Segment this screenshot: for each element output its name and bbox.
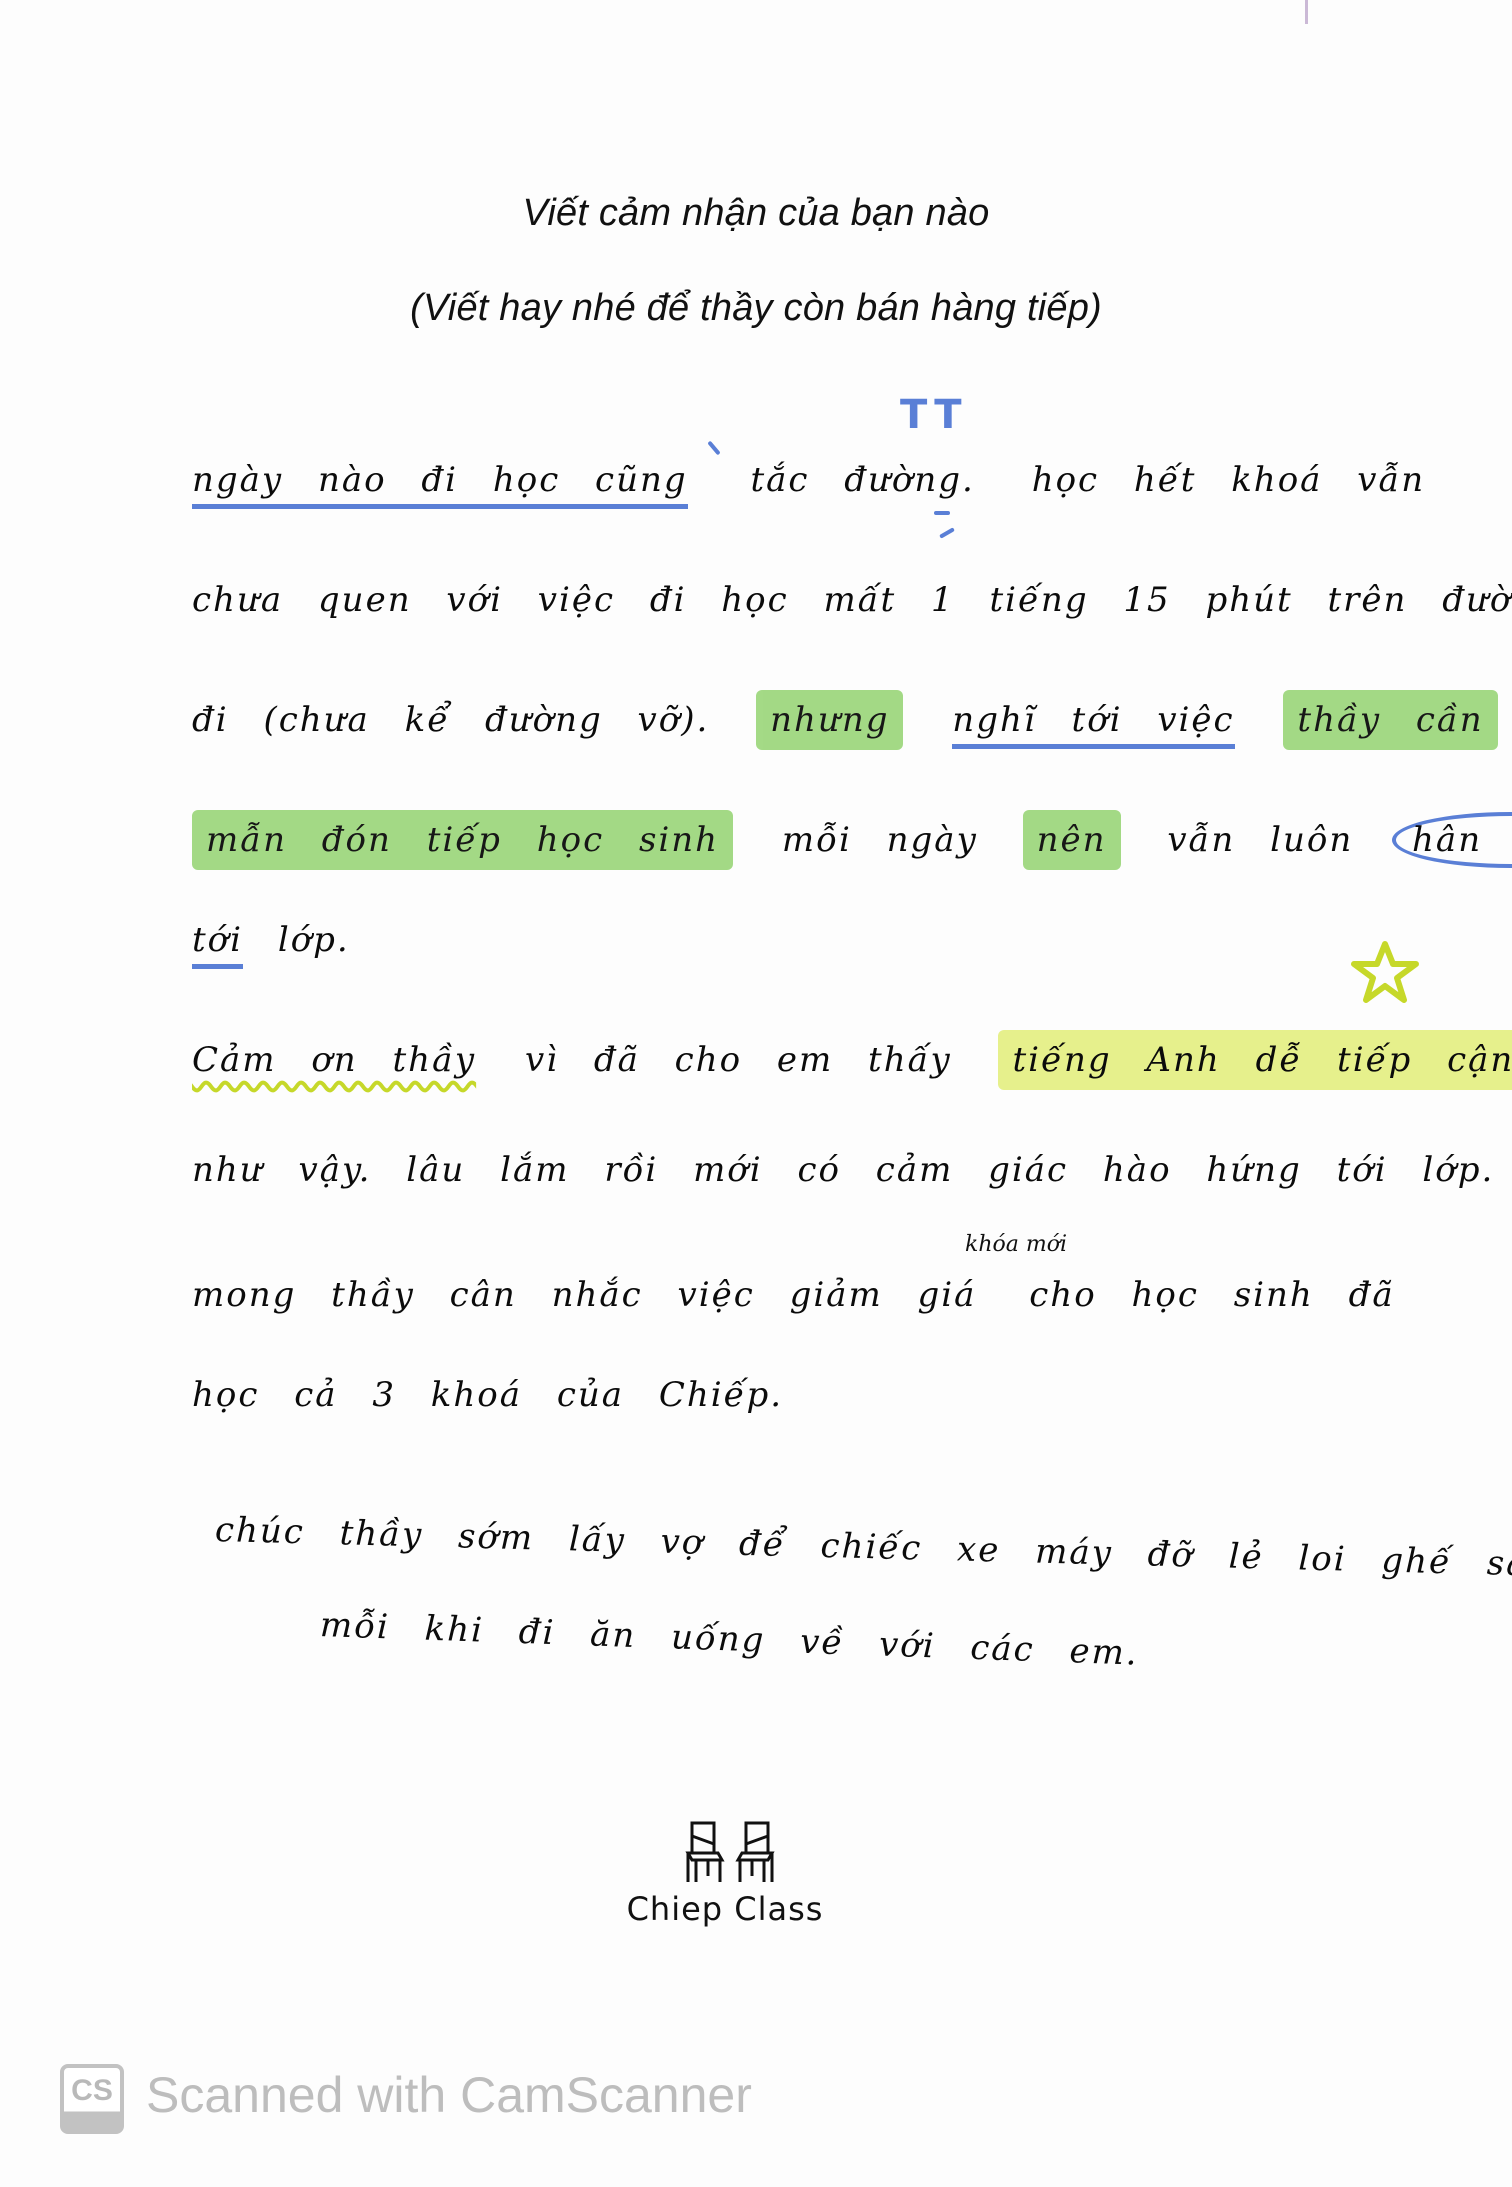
handwritten-line-5: tới lớp.	[192, 920, 350, 960]
lime-wavy-underlined-phrase: Cảm ơn thầy	[192, 1040, 476, 1080]
handwritten-line-6: Cảm ơn thầy vì đã cho em thấy tiếng Anh …	[192, 1040, 1512, 1080]
handwritten-line-11: mỗi khi đi ăn uống về với các em.	[319, 1605, 1139, 1674]
handwritten-text: mong thầy cân nhắc việc giảm giá	[192, 1275, 976, 1315]
scanned-page: Viết cảm nhận của bạn nào (Viết hay nhé …	[0, 0, 1512, 2187]
green-highlight: nhưng	[756, 690, 903, 750]
handwritten-text: đi (chưa kể đường vỡ).	[192, 700, 709, 740]
lime-highlight: tiếng Anh dễ tiếp cận	[998, 1030, 1512, 1090]
blue-accent-mark	[707, 441, 720, 456]
handwritten-insertion: khóa mới	[965, 1232, 1067, 1257]
handwritten-line-8: mong thầy cân nhắc việc giảm giá cho học…	[192, 1275, 1395, 1315]
star-doodle-icon	[1350, 940, 1420, 1005]
handwritten-line-3: đi (chưa kể đường vỡ). nhưng nghĩ tới vi…	[192, 700, 1498, 740]
handwritten-line-7: như vậy. lâu lắm rồi mới có cảm giác hào…	[192, 1150, 1494, 1190]
green-highlight: thầy cần	[1283, 690, 1497, 750]
crying-emoticon: TT	[900, 392, 968, 438]
handwritten-line-2: chưa quen với việc đi học mất 1 tiếng 15…	[192, 580, 1512, 620]
two-chairs-icon	[680, 1820, 780, 1885]
blue-underlined-word: tới	[192, 920, 243, 969]
handwritten-line-1: ngày nào đi học cũng tắc đường. học hết …	[192, 460, 1425, 500]
blue-circled-phrase: hân hoan	[1392, 812, 1512, 868]
handwritten-text: học hết khoá vẫn	[1032, 460, 1426, 500]
camscanner-badge-text: CS	[64, 2074, 120, 2108]
blue-underlined-phrase: ngày nào đi học cũng	[192, 460, 688, 509]
handwritten-text: tắc đường.	[750, 460, 974, 500]
blue-accent-mark	[934, 511, 950, 515]
document-title: Viết cảm nhận của bạn nào	[0, 192, 1512, 235]
handwritten-line-4: mẫn đón tiếp học sinh mỗi ngày nên vẫn l…	[192, 820, 1512, 860]
document-subtitle: (Viết hay nhé để thầy còn bán hàng tiếp)	[0, 287, 1512, 330]
green-highlight: mẫn đón tiếp học sinh	[192, 810, 733, 870]
brand-name: Chiep Class	[0, 1890, 1450, 1928]
corner-pen-mark	[1305, 0, 1308, 24]
handwritten-line-9: học cả 3 khoá của Chiếp.	[192, 1375, 783, 1415]
handwritten-text: mỗi ngày	[782, 820, 978, 860]
camscanner-logo-icon: CS	[60, 2064, 124, 2134]
blue-underlined-phrase: nghĩ tới việc	[952, 700, 1234, 749]
green-highlight: nên	[1023, 810, 1121, 870]
handwritten-text: vẫn luôn	[1167, 820, 1353, 860]
handwritten-text: cho học sinh đã	[1029, 1275, 1394, 1315]
handwritten-text: lớp.	[278, 920, 350, 960]
handwritten-line-10: chúc thầy sớm lấy vợ để chiếc xe máy đỡ …	[214, 1510, 1512, 1585]
handwritten-text: vì đã cho em thấy	[525, 1040, 952, 1080]
blue-accent-mark	[939, 527, 955, 538]
camscanner-watermark: Scanned with CamScanner	[146, 2066, 752, 2124]
